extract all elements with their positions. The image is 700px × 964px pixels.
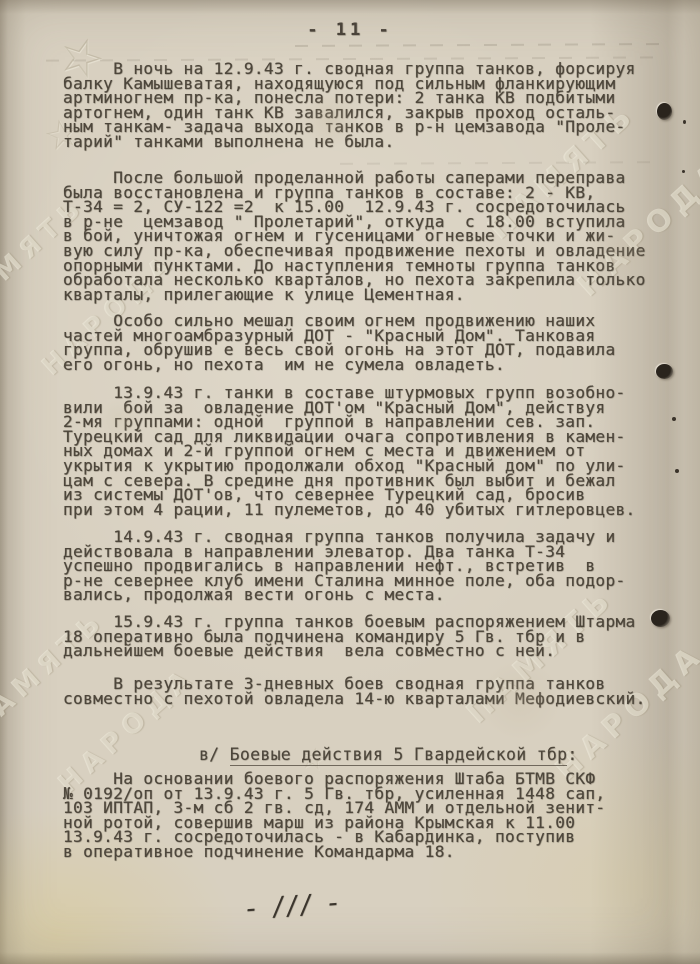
paragraph: 14.9.43 г. сводная группа танков получил…	[63, 530, 626, 603]
paragraph: 15.9.43 г. группа танков боевым распоряж…	[63, 615, 636, 659]
paragraph: В результате 3-дневных боев сводная груп…	[63, 677, 646, 706]
bleed-through-line	[295, 43, 665, 47]
punch-hole	[651, 610, 670, 627]
paragraph: После большой проделанной работы саперам…	[63, 171, 646, 302]
paper-speck	[672, 417, 676, 421]
section-heading-suffix: :	[567, 745, 577, 764]
section-heading-prefix: в/	[199, 745, 230, 764]
scanned-document-page: ☆ ☆ ☆ ПАМЯТЬ НАРОДА ПАМЯТЬ НАРОДА ПАМЯТЬ…	[0, 0, 700, 964]
paragraph: В ночь на 12.9.43 г. сводная группа танк…	[63, 62, 636, 150]
page-number: - 11 -	[0, 20, 700, 40]
paper-speck	[683, 120, 686, 124]
handwritten-page-mark: - /// -	[245, 888, 343, 925]
paragraph: На основании боевого распоряжения Штаба …	[63, 772, 605, 860]
paper-speck	[682, 170, 685, 173]
punch-hole	[657, 103, 672, 120]
paper-speck	[675, 469, 679, 473]
paragraph: Особо сильно мешал своим огнем продвижен…	[63, 314, 616, 372]
archive-watermark-line: ПАМЯТЬ	[0, 584, 135, 744]
section-heading-underlined: Боевые действия 5 Гвардейской тбр	[230, 745, 568, 766]
bleed-through-line	[340, 161, 660, 165]
punch-hole	[656, 364, 673, 379]
paragraph: 13.9.43 г. танки в составе штурмовых гру…	[63, 386, 636, 517]
